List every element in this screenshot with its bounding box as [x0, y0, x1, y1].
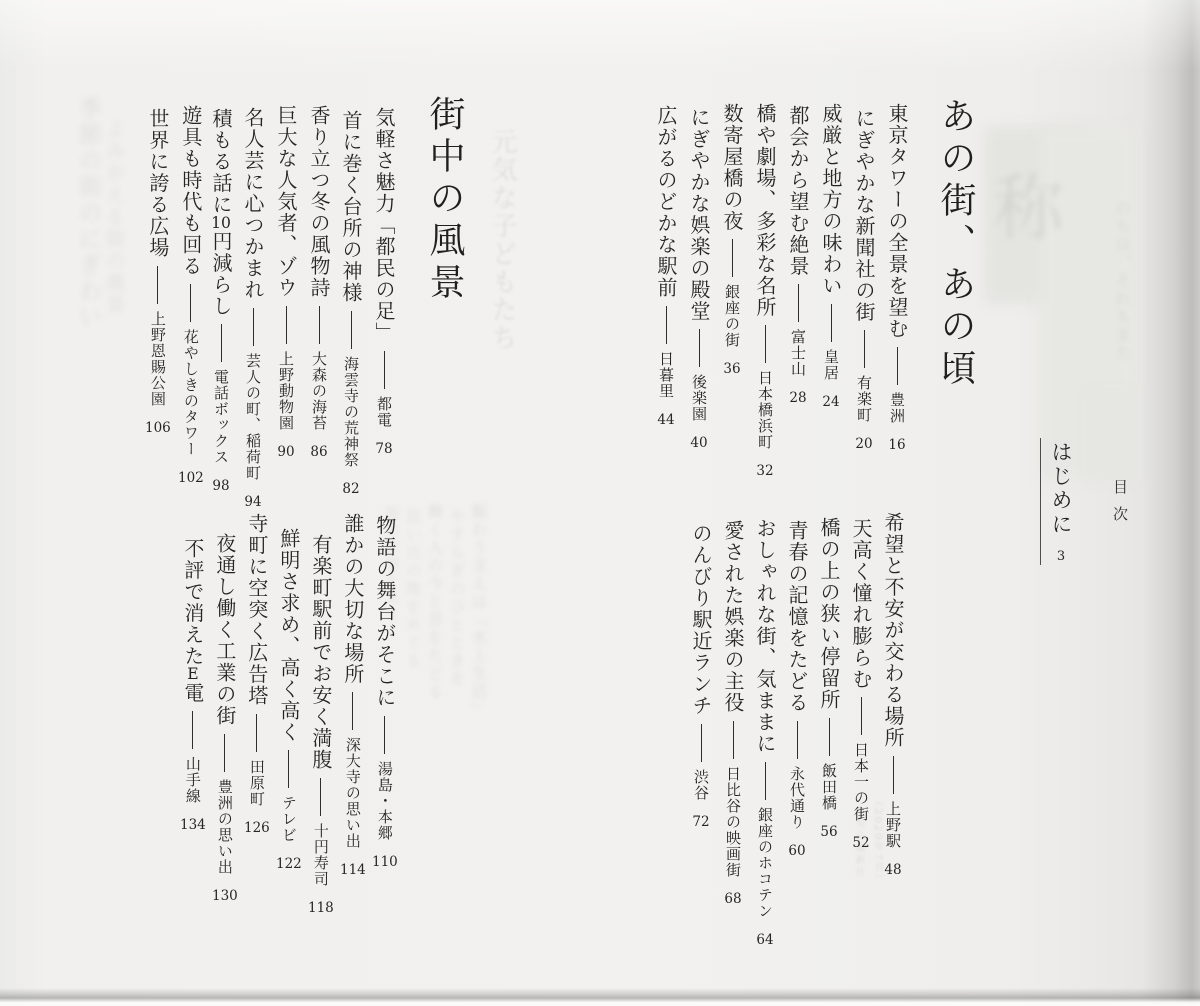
- entry-page-number: 130: [212, 890, 238, 904]
- entry-subtitle: 上野駅: [884, 801, 902, 849]
- entry-subtitle: 日本橋浜町: [756, 370, 774, 450]
- entry-title: 希望と不安が交わる場所: [881, 512, 905, 749]
- entry-title: 寺町に空突く広告塔: [245, 513, 269, 707]
- show-through-text: 元気な子どもたち: [489, 128, 515, 352]
- entry-subtitle: 富士山: [789, 329, 807, 377]
- entry-leader-line: [699, 329, 700, 367]
- toc-entry: おしゃれな街、気ままに銀座のホコテン64: [755, 518, 775, 996]
- entry-leader-line: [384, 716, 385, 754]
- toc-entry: 愛された娯楽の主役日比谷の映画街68: [723, 520, 743, 996]
- page-edge-bottom: [0, 988, 1200, 1006]
- entry-leader-line: [798, 284, 799, 322]
- entry-leader-line: [192, 711, 193, 749]
- entry-leader-line: [384, 351, 385, 389]
- show-through-smudge: [1088, 390, 1138, 480]
- toc-entry: 有楽町駅前でお安く満腹十円寿司118: [308, 534, 334, 996]
- intro-entry: はじめに3: [1050, 441, 1071, 996]
- entry-leader-line: [861, 697, 862, 735]
- entry-title: 夜通し働く工業の街: [213, 533, 237, 727]
- show-through-text: のちは、それもまた: [1114, 200, 1130, 362]
- toc-entry: 鮮明さ求め、高く高くテレビ122: [276, 528, 302, 996]
- entry-leader-line: [286, 306, 287, 344]
- entry-leader-line: [864, 330, 865, 368]
- entry-subtitle: 田原町: [248, 759, 266, 807]
- entry-subtitle: 豊洲の思い出: [216, 779, 234, 875]
- entry-subtitle: 渋谷: [692, 769, 710, 801]
- entry-title: 不評で消えたE電: [181, 538, 205, 704]
- entry-page-number: 40: [690, 437, 707, 451]
- entry-title: 橋や劇場、多彩な名所: [753, 103, 777, 318]
- entry-subtitle: 湯島・本郷: [376, 761, 394, 841]
- paper-highlight: [0, 0, 1200, 70]
- entry-page-number: 56: [820, 826, 837, 840]
- entry-subtitle: 大森の海苔: [310, 351, 328, 431]
- toc-entry: 天高く憧れ膨らむ日本一の街52: [851, 518, 871, 996]
- entry-page-number: 98: [212, 480, 229, 494]
- entry-page-number: 114: [340, 864, 366, 878]
- entry-page-number: 126: [244, 822, 270, 836]
- page-edge-right: [1142, 0, 1200, 1006]
- entry-title: 広がるのどかな駅前: [654, 105, 678, 299]
- entry-leader-line: [351, 311, 352, 349]
- intro-rule-line: [1040, 438, 1041, 565]
- entry-page-number: 102: [178, 472, 204, 486]
- entry-subtitle: 皇居: [822, 349, 840, 381]
- entry-title: 威厳と地方の味わい: [819, 103, 843, 297]
- entry-leader-line: [224, 734, 225, 772]
- entry-page-number: 82: [342, 483, 359, 497]
- entry-subtitle: 上野動物園: [277, 351, 295, 431]
- show-through-text: 思い出の地をめぐる: [404, 508, 420, 670]
- intro-title: はじめに: [1049, 441, 1073, 537]
- entry-leader-line: [765, 325, 766, 363]
- entry-title: 橋の上の狭い停留所: [817, 517, 841, 711]
- entry-subtitle: 後楽園: [690, 374, 708, 422]
- entry-title: 巨大な人気者、ゾウ: [274, 105, 298, 299]
- entry-leader-line: [701, 724, 702, 762]
- toc-entry: 物語の舞台がそこに湯島・本郷110: [372, 515, 398, 996]
- entry-subtitle: 十円寿司: [312, 823, 330, 887]
- entry-page-number: 28: [789, 392, 806, 406]
- entry-subtitle: 花やしきのタワー: [182, 329, 200, 457]
- entry-page-number: 134: [180, 819, 206, 833]
- entry-title: にぎやかな新聞社の街: [852, 108, 876, 323]
- entry-leader-line: [320, 778, 321, 816]
- entry-title: 首に巻く台所の神様: [339, 110, 363, 304]
- entry-leader-line: [893, 756, 894, 794]
- entry-title: 香り立つ冬の風物詩: [307, 105, 331, 299]
- entry-page-number: 60: [788, 845, 805, 859]
- entry-leader-line: [190, 284, 191, 322]
- show-through-text: よみがえる街の風景: [104, 118, 124, 316]
- toc-entry: 誰かの大切な場所深大寺の思い出114: [340, 513, 366, 996]
- entry-title: 積もる話に10円減らし: [209, 108, 233, 317]
- entry-title: のんびり駅近ランチ: [689, 523, 713, 717]
- entry-title: 名人芸に心つかまれ: [241, 107, 265, 301]
- entry-subtitle: 芸人の町、稲荷町: [244, 353, 262, 481]
- toc-heading: 目次: [1112, 479, 1127, 533]
- entry-leader-line: [733, 721, 734, 759]
- entry-leader-line: [352, 692, 353, 730]
- entry-leader-line: [765, 762, 766, 800]
- entry-subtitle: 日比谷の映画街: [724, 766, 742, 878]
- entry-subtitle: 日本一の街: [852, 742, 870, 822]
- entry-title: 鮮明さ求め、高く高く: [277, 528, 301, 743]
- entry-subtitle: 深大寺の思い出: [344, 737, 362, 849]
- entry-subtitle: 上野恩賜公園: [149, 311, 167, 407]
- entry-page-number: 64: [756, 934, 773, 948]
- entry-leader-line: [897, 347, 898, 385]
- toc-entry: 寺町に空突く広告塔田原町126: [244, 513, 270, 996]
- entry-title: 数寄屋橋の夜: [720, 103, 744, 232]
- entry-page-number: 78: [375, 443, 392, 457]
- entry-leader-line: [732, 239, 733, 277]
- entry-page-number: 94: [244, 496, 261, 510]
- show-through-text: やすらぎのひとときを: [448, 508, 464, 688]
- entry-subtitle: 都電: [375, 396, 393, 428]
- scanned-book-page: 元気な子どもたち季節の街のにぎわいよみがえる街の風景賑わう支えは「水上生活」やす…: [0, 0, 1200, 1006]
- entry-page-number: 86: [310, 446, 327, 460]
- entry-leader-line: [221, 324, 222, 362]
- entry-subtitle: 銀座の街: [723, 284, 741, 348]
- entry-leader-line: [797, 721, 798, 759]
- entry-subtitle: テレビ: [280, 795, 298, 843]
- toc-entry: のんびり駅近ランチ渋谷72: [691, 523, 711, 996]
- show-through-text: 賑わう支えは「水上生活」: [470, 503, 486, 719]
- entry-page-number: 110: [372, 856, 398, 870]
- toc-entry: 橋の上の狭い停留所飯田橋56: [819, 517, 839, 996]
- entry-subtitle: 飯田橋: [820, 763, 838, 811]
- entry-page-number: 48: [884, 864, 901, 878]
- entry-subtitle: 電話ボックス: [212, 369, 230, 465]
- toc-entry: 夜通し働く工業の街豊洲の思い出130: [212, 533, 238, 996]
- entry-leader-line: [288, 750, 289, 788]
- entry-title: にぎやかな娯楽の殿堂: [687, 107, 711, 322]
- show-through-text: 働く人の今と昔をたどる: [426, 503, 442, 701]
- entry-page-number: 106: [145, 422, 171, 436]
- toc-entry: 青春の記憶をたどる永代通り60: [787, 520, 807, 996]
- entry-title: 世界に誇る広場: [146, 108, 170, 259]
- intro-page-number: 3: [1057, 550, 1065, 563]
- entry-title: 気軽さ魅力「都民の足」: [372, 107, 396, 344]
- entry-leader-line: [256, 714, 257, 752]
- entry-title: 都会から望む絶景: [786, 105, 810, 277]
- toc-entry: 不評で消えたE電山手線134: [180, 538, 206, 996]
- toc-entry: 世界に誇る広場上野恩賜公園106: [145, 108, 171, 996]
- entry-title: 愛された娯楽の主役: [721, 520, 745, 714]
- entry-page-number: 24: [822, 396, 839, 410]
- entry-subtitle: 有楽町: [855, 375, 873, 423]
- toc-entry: 広がるのどかな駅前日暮里44: [656, 105, 676, 996]
- entry-title: 物語の舞台がそこに: [373, 515, 397, 709]
- entry-title: 有楽町駅前でお安く満腹: [309, 534, 333, 771]
- entry-leader-line: [253, 308, 254, 346]
- toc-entry: 希望と不安が交わる場所上野駅48: [883, 512, 903, 996]
- entry-page-number: 32: [756, 465, 773, 479]
- entry-leader-line: [157, 266, 158, 304]
- entry-leader-line: [829, 718, 830, 756]
- entry-subtitle: 永代通り: [788, 766, 806, 830]
- entry-page-number: 90: [277, 446, 294, 460]
- entry-title: おしゃれな街、気ままに: [753, 518, 777, 755]
- entry-page-number: 44: [657, 414, 674, 428]
- entry-page-number: 36: [723, 363, 740, 377]
- entry-subtitle: 豊洲: [888, 392, 906, 424]
- entry-leader-line: [831, 304, 832, 342]
- entry-page-number: 72: [692, 816, 709, 830]
- entry-title: 天高く憧れ膨らむ: [849, 518, 873, 690]
- entry-page-number: 16: [888, 439, 905, 453]
- entry-page-number: 118: [308, 902, 334, 916]
- entry-page-number: 122: [276, 858, 302, 872]
- entry-page-number: 52: [852, 837, 869, 851]
- entry-subtitle: 山手線: [184, 756, 202, 804]
- entry-title: 遊具も時代も回る: [179, 105, 203, 277]
- entry-subtitle: 海雲寺の荒神祭: [342, 356, 360, 468]
- entry-subtitle: 日暮里: [657, 351, 675, 399]
- section-title-2: 街中の風景: [426, 95, 462, 305]
- entry-title: 青春の記憶をたどる: [785, 520, 809, 714]
- entry-subtitle: 銀座のホコテン: [756, 807, 774, 919]
- entry-page-number: 20: [855, 438, 872, 452]
- entry-leader-line: [319, 306, 320, 344]
- entry-title: 誰かの大切な場所: [341, 513, 365, 685]
- entry-title: 東京タワーの全景を望む: [885, 103, 909, 340]
- section-title-1: あの街、あの頃: [937, 97, 973, 391]
- entry-page-number: 68: [724, 893, 741, 907]
- show-through-text: 季節の街のにぎわい: [76, 96, 100, 330]
- entry-leader-line: [666, 306, 667, 344]
- show-through-text: 称: [992, 172, 1066, 244]
